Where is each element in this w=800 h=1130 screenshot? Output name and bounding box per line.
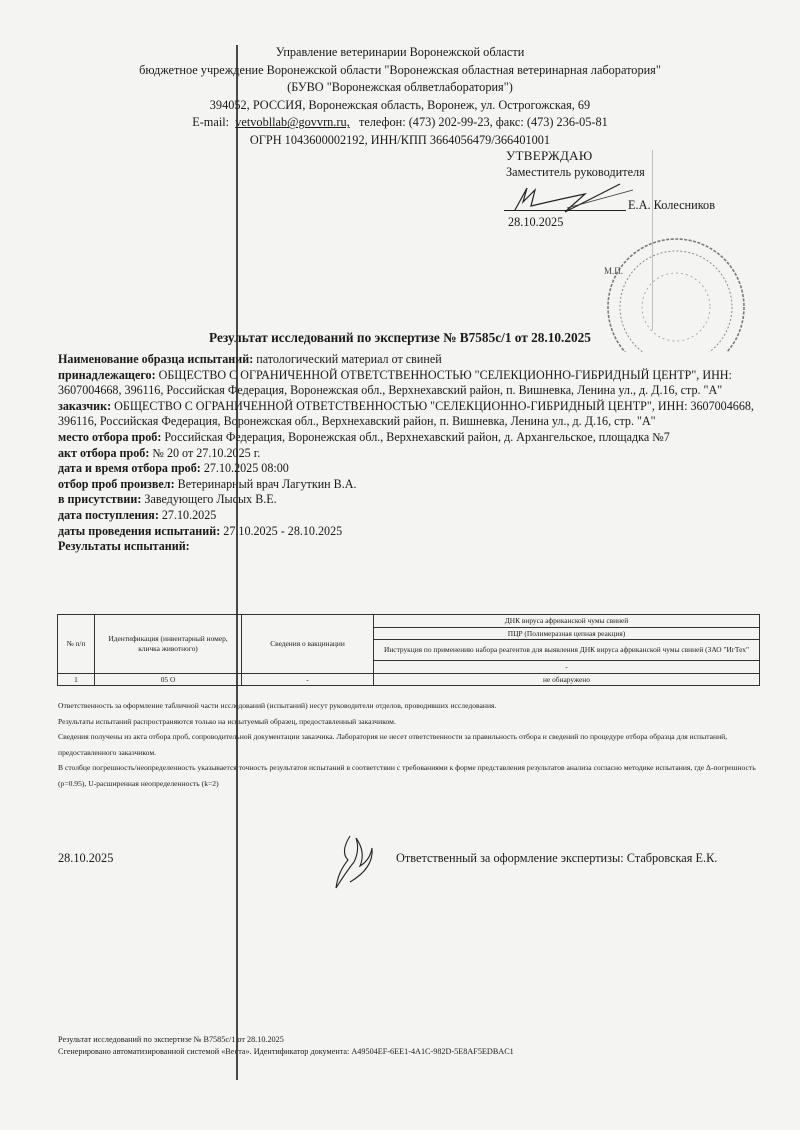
scan-artifact-line-2 — [652, 150, 653, 330]
field-test-dates: даты проведения испытаний: 27.10.2025 - … — [58, 524, 758, 540]
approver-position: Заместитель руководителя — [506, 164, 645, 181]
field-owner: принадлежащего: ОБЩЕСТВО С ОГРАНИЧЕННОЙ … — [58, 368, 758, 399]
header-contacts: E-mail: vetvobllab@govvrn.ru, телефон: (… — [0, 114, 800, 132]
responsible-signature-icon — [330, 832, 380, 892]
note-source: Сведения получены из акта отбора проб, с… — [58, 729, 778, 760]
header-ogrn: ОГРН 1043600002192, ИНН/КПП 3664056479/3… — [0, 132, 800, 150]
col-header-units: - — [374, 661, 760, 674]
field-sampled-by: отбор проб произвел: Ветеринарный врач Л… — [58, 477, 758, 493]
approver-name: Е.А. Колесников — [628, 198, 715, 213]
col-header-test: ДНК вируса африканской чумы свиней — [374, 615, 760, 628]
note-scope: Результаты испытаний распространяются то… — [58, 714, 778, 730]
field-sampling-act: акт отбора проб: № 20 от 27.10.2025 г. — [58, 446, 758, 462]
field-received-date: дата поступления: 27.10.2025 — [58, 508, 758, 524]
cell-num: 1 — [58, 673, 95, 686]
note-uncertainty: В столбце погрешность/неопределенность у… — [58, 760, 778, 791]
results-table: № п/п Идентификация (инвентарный номер, … — [57, 614, 760, 686]
header-address: 394052, РОССИЯ, Воронежская область, Вор… — [0, 97, 800, 115]
approval-block: УТВЕРЖДАЮ Заместитель руководителя — [506, 147, 645, 181]
header-line3: (БУВО "Воронежская облветлаборатория") — [0, 79, 800, 97]
svg-text:М.П.: М.П. — [604, 266, 623, 276]
field-customer: заказчик: ОБЩЕСТВО С ОГРАНИЧЕННОЙ ОТВЕТС… — [58, 399, 758, 430]
field-sample-name: Наименование образца испытаний: патологи… — [58, 352, 758, 368]
field-sampling-datetime: дата и время отбора проб: 27.10.2025 08:… — [58, 461, 758, 477]
approval-date: 28.10.2025 — [508, 215, 563, 230]
col-header-method: ПЦР (Полимеразная цепная реакция) — [374, 627, 760, 640]
cell-vaccination: - — [242, 673, 374, 686]
approval-title: УТВЕРЖДАЮ — [506, 147, 645, 164]
field-sampling-place: место отбора проб: Российская Федерация,… — [58, 430, 758, 446]
cell-result: не обнаружено — [374, 673, 760, 686]
table-row: 1 05 О - не обнаружено — [58, 673, 760, 686]
header-line1: Управление ветеринарии Воронежской облас… — [0, 44, 800, 62]
note-responsibility: Ответственность за оформление табличной … — [58, 698, 778, 714]
org-header: Управление ветеринарии Воронежской облас… — [0, 44, 800, 150]
field-in-presence: в присутствии: Заведующего Лысых В.Е. — [58, 492, 758, 508]
sample-info: Наименование образца испытаний: патологи… — [58, 352, 758, 555]
header-line2: бюджетное учреждение Воронежской области… — [0, 62, 800, 80]
cell-id: 05 О — [95, 673, 242, 686]
results-heading: Результаты испытаний: — [58, 539, 758, 555]
phone-fax: телефон: (473) 202-99-23, факс: (473) 23… — [359, 115, 608, 129]
table-header-row: № п/п Идентификация (инвентарный номер, … — [58, 615, 760, 628]
email-link[interactable]: vetvobllab@govvrn.ru, — [235, 115, 349, 129]
email-label: E-mail: — [192, 115, 229, 129]
footer-generated-id: Сгенерировано автоматизированной системо… — [58, 1046, 514, 1058]
col-header-id: Идентификация (инвентарный номер, кличка… — [95, 615, 242, 674]
scan-artifact-line — [236, 45, 238, 1080]
signature-line — [504, 210, 626, 211]
document-page: Управление ветеринарии Воронежской облас… — [0, 0, 800, 1130]
notes-block: Ответственность за оформление табличной … — [58, 698, 778, 792]
document-title: Результат исследований по экспертизе № В… — [0, 330, 800, 346]
document-footer: Результат исследований по экспертизе № В… — [58, 1034, 514, 1058]
col-header-num: № п/п — [58, 615, 95, 674]
col-header-instruction: Инструкция по применению набора реагенто… — [374, 640, 760, 661]
responsible-person: Ответственный за оформление экспертизы: … — [396, 851, 717, 866]
footer-date: 28.10.2025 — [58, 851, 113, 866]
col-header-vaccination: Сведения о вакцинации — [242, 615, 374, 674]
footer-reference: Результат исследований по экспертизе № В… — [58, 1034, 514, 1046]
